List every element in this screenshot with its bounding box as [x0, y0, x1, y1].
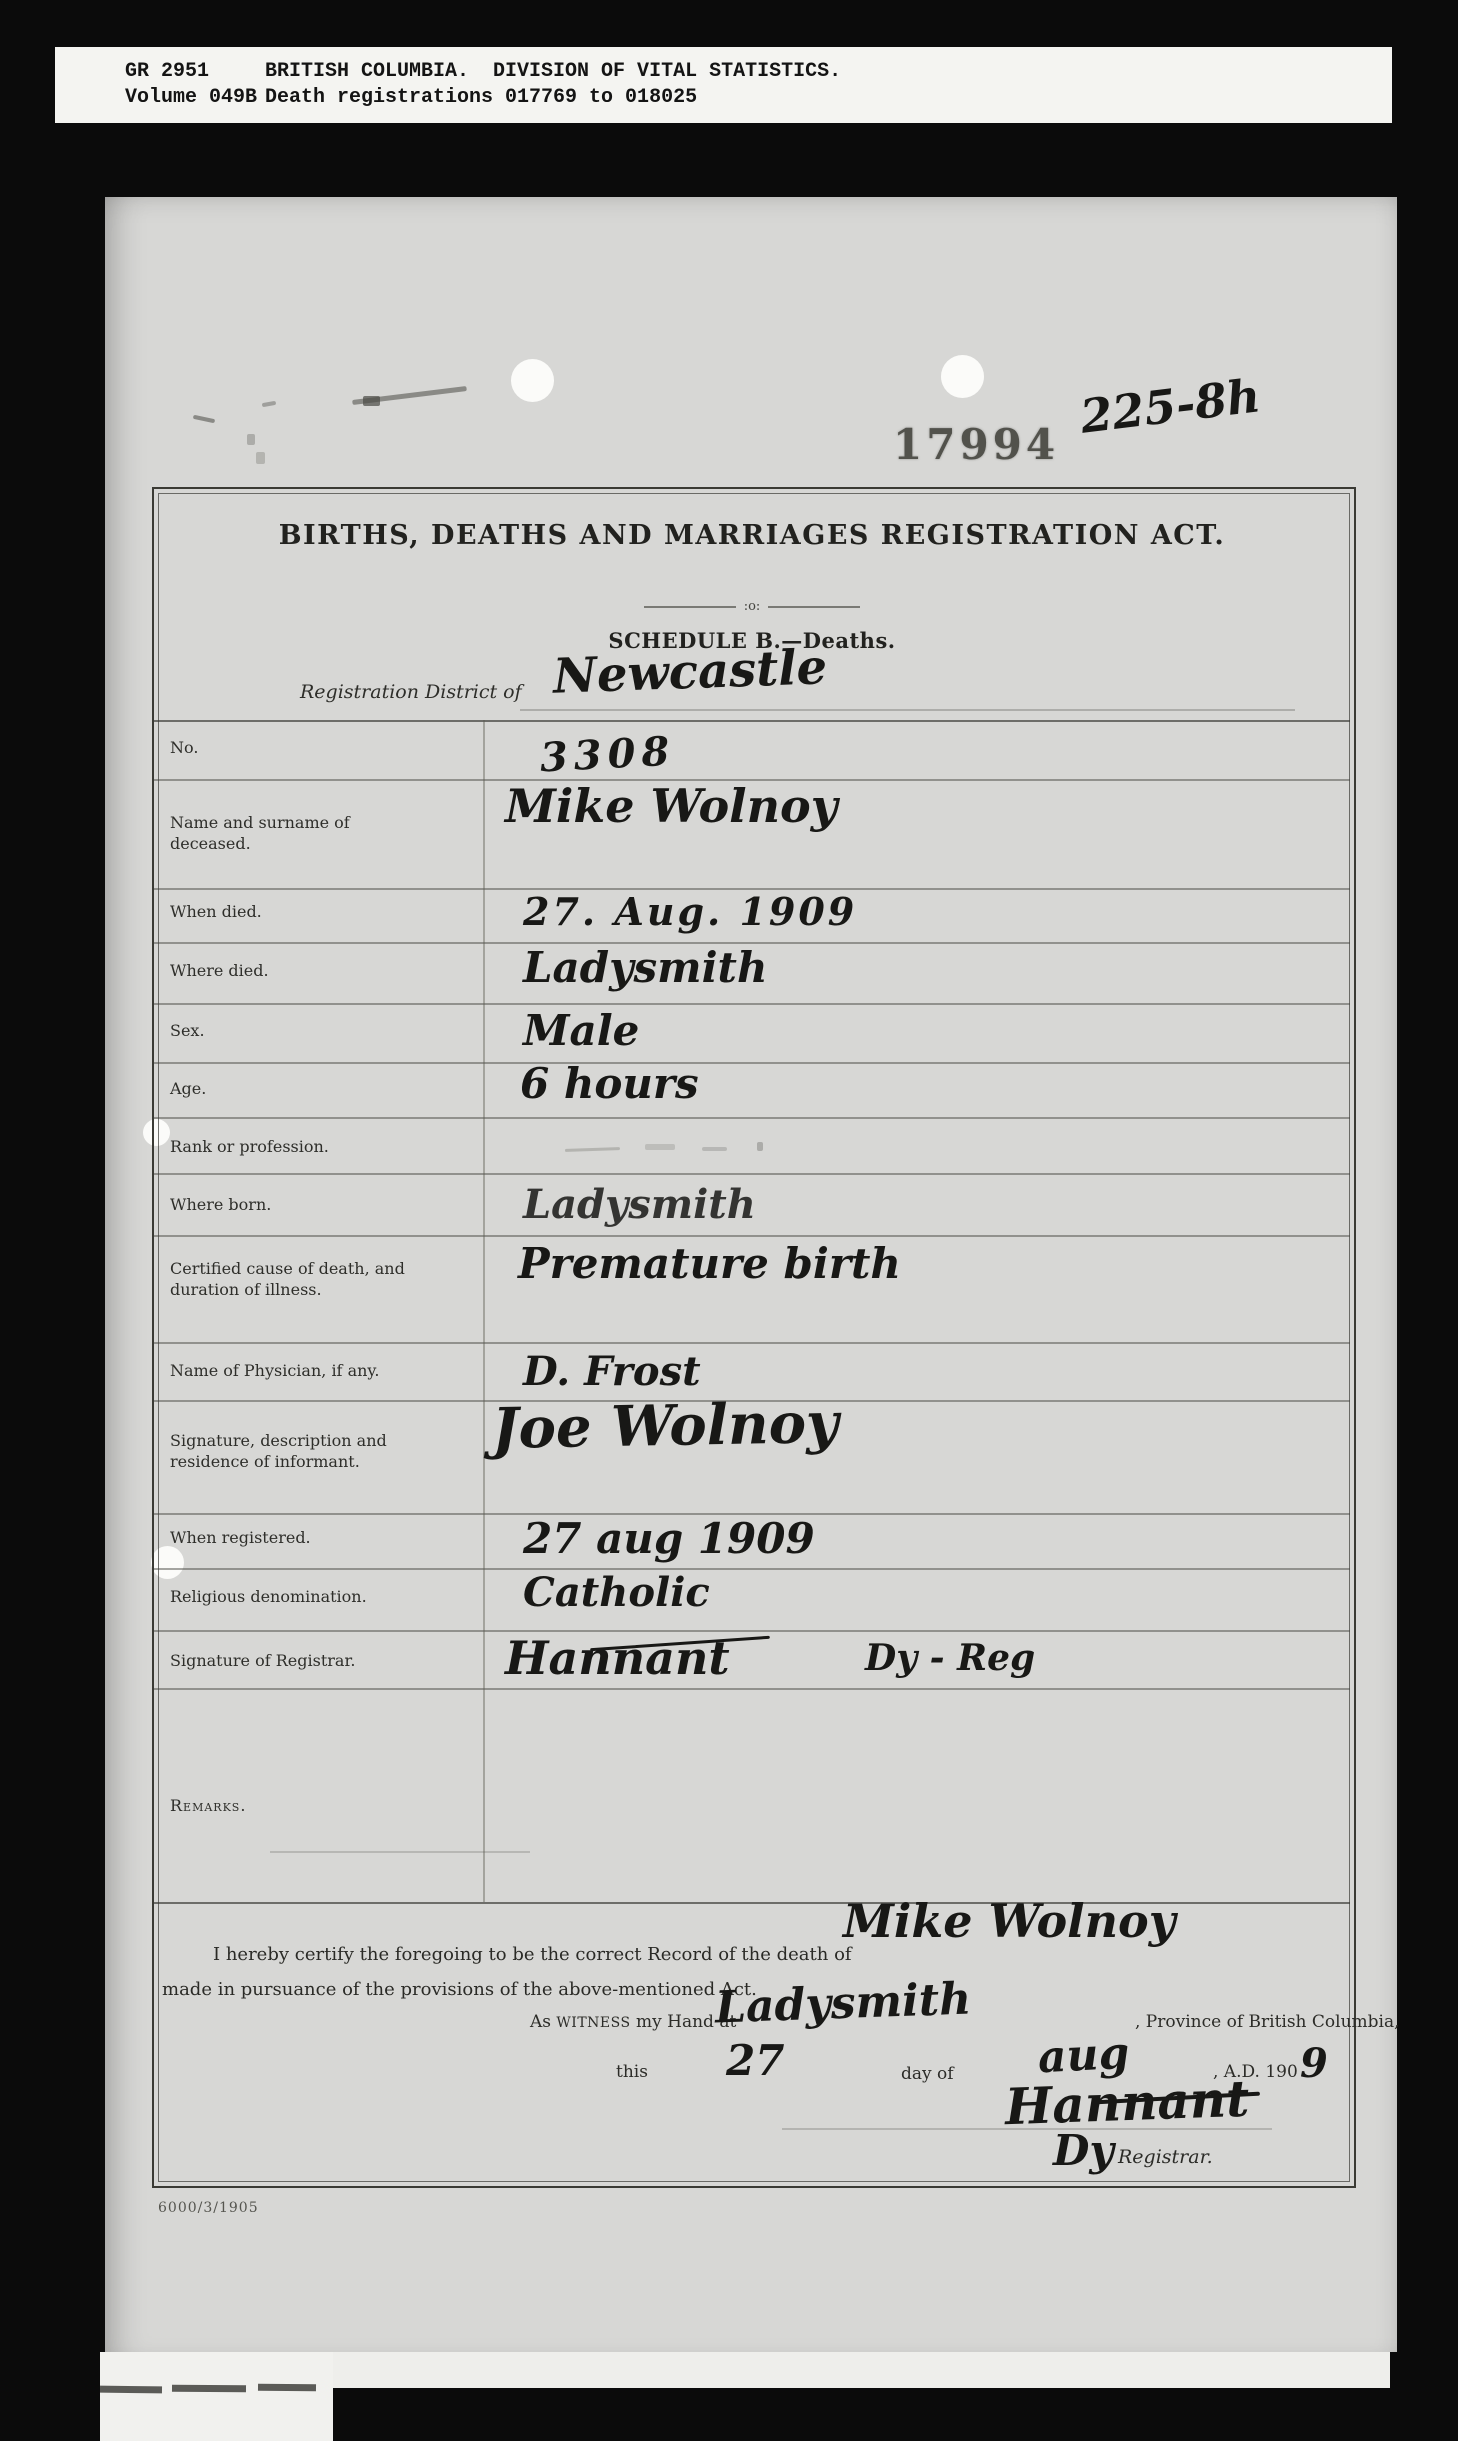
divider-glyph: :o: [744, 599, 761, 614]
province-text: , Province of British Columbia, [1135, 2012, 1400, 2032]
value-religion: Catholic [523, 1573, 710, 1613]
form-print-code: 6000/3/1905 [158, 2200, 259, 2216]
divider-line [768, 606, 860, 608]
value-when-died: 27. Aug. 1909 [523, 893, 857, 931]
witness-line: As witness my Hand at [530, 2012, 736, 2032]
row-label-physician: Name of Physician, if any. [170, 1360, 379, 1381]
row-label-remarks: Remarks. [170, 1795, 246, 1816]
year-handwriting: 9 [1300, 2044, 1328, 2084]
day-of-label: day of [901, 2064, 954, 2084]
value-physician: D. Frost [523, 1352, 701, 1392]
value-registered: 27 aug 1909 [523, 1518, 815, 1560]
value-cause: Premature birth [518, 1243, 901, 1285]
row-label-rank: Rank or profession. [170, 1136, 329, 1157]
value-age: 6 hours [520, 1063, 699, 1105]
row-label-informant: Signature, description and residence of … [170, 1430, 450, 1472]
signature-underline [782, 2128, 1272, 2130]
value-informant: Joe Wolnoy [492, 1395, 839, 1457]
row-line [154, 1003, 1350, 1005]
row-line [154, 1235, 1350, 1237]
row-label-religion: Religious denomination. [170, 1586, 367, 1607]
value-name: Mike Wolnoy [505, 783, 837, 829]
row-line [154, 1173, 1350, 1175]
this-label: this [616, 2062, 648, 2082]
value-sex: Male [523, 1010, 639, 1052]
film-header-text: GR 2951 BRITISH COLUMBIA. DIVISION OF VI… [125, 59, 841, 110]
row-label-registered: When registered. [170, 1527, 311, 1548]
value-no: 3308 [539, 731, 676, 778]
row-line [154, 720, 1350, 722]
cert-line1: I hereby certify the foregoing to be the… [213, 1944, 852, 1965]
value-where-born: Ladysmith [523, 1185, 756, 1225]
row-label-when-died: When died. [170, 901, 262, 922]
microfilm-scan: GR 2951 BRITISH COLUMBIA. DIVISION OF VI… [0, 0, 1458, 2441]
row-line [154, 1062, 1350, 1064]
registrar-script: Dy [1053, 2130, 1114, 2172]
row-label-registrar: Signature of Registrar. [170, 1650, 355, 1671]
film-streak [100, 2386, 162, 2394]
row-line-faint [270, 1851, 530, 1853]
row-label-name: Name and surname of deceased. [170, 812, 420, 854]
row-label-where-died: Where died. [170, 960, 269, 981]
film-gr-number: GR 2951 [125, 59, 265, 84]
value-registrar-title: Dy - Reg [865, 1640, 1035, 1676]
district-label: Registration District of [300, 682, 522, 703]
cert-line2: made in pursuance of the provisions of t… [162, 1979, 757, 2000]
witness-place-handwriting: Ladysmith [714, 1978, 972, 2031]
punch-hole [511, 359, 554, 402]
district-underline [520, 709, 1295, 711]
film-header-strip: GR 2951 BRITISH COLUMBIA. DIVISION OF VI… [55, 47, 1392, 123]
column-divider [483, 720, 485, 1902]
row-label-sex: Sex. [170, 1020, 205, 1041]
witness-as: As [530, 2012, 551, 2032]
form-title: BIRTHS, DEATHS AND MARRIAGES REGISTRATIO… [152, 520, 1352, 551]
row-label-where-born: Where born. [170, 1194, 271, 1215]
row-label-age: Age. [170, 1078, 206, 1099]
rank-smudge [757, 1142, 763, 1151]
row-line [154, 1688, 1350, 1690]
title-divider: :o: [152, 599, 1352, 614]
row-line [154, 1117, 1350, 1119]
film-range: Death registrations 017769 to 018025 [265, 85, 841, 110]
day-handwriting: 27 [726, 2040, 784, 2082]
registrar-label: Registrar. [1118, 2146, 1213, 2168]
film-streak [172, 2385, 246, 2393]
stamp-number: 17994 [893, 420, 1059, 469]
rank-smudge [645, 1144, 675, 1150]
pencil-mark [247, 434, 255, 445]
row-line [154, 1568, 1350, 1570]
film-volume: Volume 049B [125, 85, 265, 110]
punch-hole [941, 355, 984, 398]
row-line [154, 1342, 1350, 1344]
registrar-signature-handwriting: Hannant [1004, 2074, 1250, 2132]
film-title: BRITISH COLUMBIA. DIVISION OF VITAL STAT… [265, 59, 841, 84]
pencil-mark [363, 396, 380, 406]
cert-deceased-name: Mike Wolnoy [843, 1898, 1175, 1944]
film-streak [258, 2384, 316, 2392]
pencil-mark [256, 452, 265, 464]
row-label-no: No. [170, 737, 198, 758]
value-where-died: Ladysmith [523, 947, 768, 989]
paper-corner [100, 2352, 333, 2441]
row-line [154, 1630, 1350, 1632]
row-label-cause: Certified cause of death, and duration o… [170, 1258, 440, 1300]
witness-word: witness [556, 2015, 630, 2031]
district-value-handwriting: Newcastle [552, 643, 828, 701]
divider-line [644, 606, 736, 608]
rank-smudge [702, 1147, 727, 1151]
